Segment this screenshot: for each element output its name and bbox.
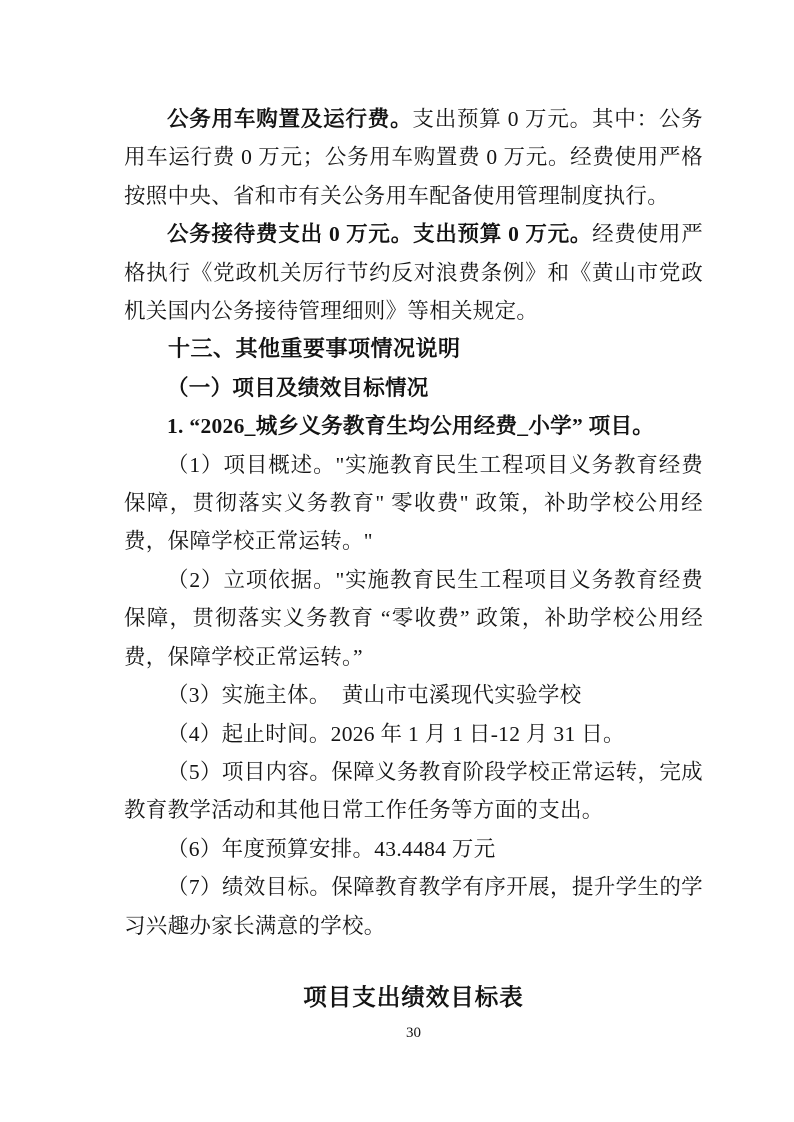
heading-section-thirteen: 十三、其他重要事项情况说明	[124, 330, 703, 368]
performance-target-table-title: 项目支出绩效目标表	[124, 983, 703, 1013]
paragraph-official-reception: 公务接待费支出 0 万元。支出预算 0 万元。经费使用严格执行《党政机关厉行节约…	[124, 215, 703, 330]
paragraph-official-reception-lead: 公务接待费支出 0 万元。支出预算 0 万元。	[167, 222, 592, 246]
item-5-project-content: （5）项目内容。保障义务教育阶段学校正常运转，完成教育教学活动和其他日常工作任务…	[124, 753, 703, 830]
page-number: 30	[124, 1025, 703, 1042]
heading-subsection-one: （一）项目及绩效目标情况	[124, 369, 703, 407]
item-4-time-period: （4）起止时间。2026 年 1 月 1 日-12 月 31 日。	[124, 715, 703, 753]
document-page: 公务用车购置及运行费。支出预算 0 万元。其中：公务用车运行费 0 万元；公务用…	[0, 0, 794, 1122]
item-3-implementing-entity: （3）实施主体。 黄山市屯溪现代实验学校	[124, 676, 703, 714]
document-content: 公务用车购置及运行费。支出预算 0 万元。其中：公务用车运行费 0 万元；公务用…	[124, 100, 703, 1013]
heading-project-title: 1. “2026_城乡义务教育生均公用经费_小学” 项目。	[124, 407, 703, 445]
item-7-performance-goal: （7）绩效目标。保障教育教学有序开展，提升学生的学习兴趣办家长满意的学校。	[124, 868, 703, 945]
paragraph-official-vehicle-lead: 公务用车购置及运行费。	[167, 107, 412, 131]
item-2-project-basis: （2）立项依据。"实施教育民生工程项目义务教育经费保障，贯彻落实义务教育 “零收…	[124, 561, 703, 676]
item-1-project-overview: （1）项目概述。"实施教育民生工程项目义务教育经费保障，贯彻落实义务教育" 零收…	[124, 446, 703, 561]
item-6-annual-budget: （6）年度预算安排。43.4484 万元	[124, 830, 703, 868]
paragraph-official-vehicle: 公务用车购置及运行费。支出预算 0 万元。其中：公务用车运行费 0 万元；公务用…	[124, 100, 703, 215]
